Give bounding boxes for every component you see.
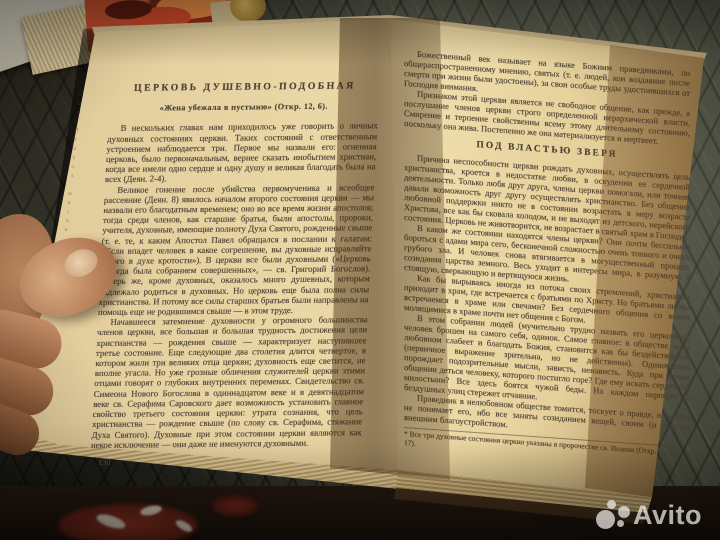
avito-watermark: Avito <box>596 498 702 532</box>
red-fabric-pattern <box>212 496 258 516</box>
page-number: 131 <box>660 455 673 464</box>
watermark-label: Avito <box>633 500 702 531</box>
right-page-text: Божественный век называет на языке Божии… <box>404 48 690 498</box>
body-paragraph: Великое гонение после убийства первомуче… <box>98 182 375 317</box>
body-paragraph: В нескольких главах нам приходилось уже … <box>105 121 378 185</box>
chapter-subtitle: «Жена убежала в пустыню» (Откр. 12, 6). <box>108 101 379 114</box>
book-photo-scene: свм Психол жизни ЦЕРКОВЬ ДУШЕВНО-ПОДОБНА… <box>0 0 720 540</box>
page-number: 130 <box>98 458 111 467</box>
body-paragraph: Начавшееся затемнение духовности у огром… <box>91 314 368 449</box>
chapter-heading: ЦЕРКОВЬ ДУШЕВНО-ПОДОБНАЯ <box>109 81 380 94</box>
left-page-text: ЦЕРКОВЬ ДУШЕВНО-ПОДОБНАЯ «Жена убежала в… <box>90 81 380 470</box>
avito-logo-icon <box>596 498 630 532</box>
